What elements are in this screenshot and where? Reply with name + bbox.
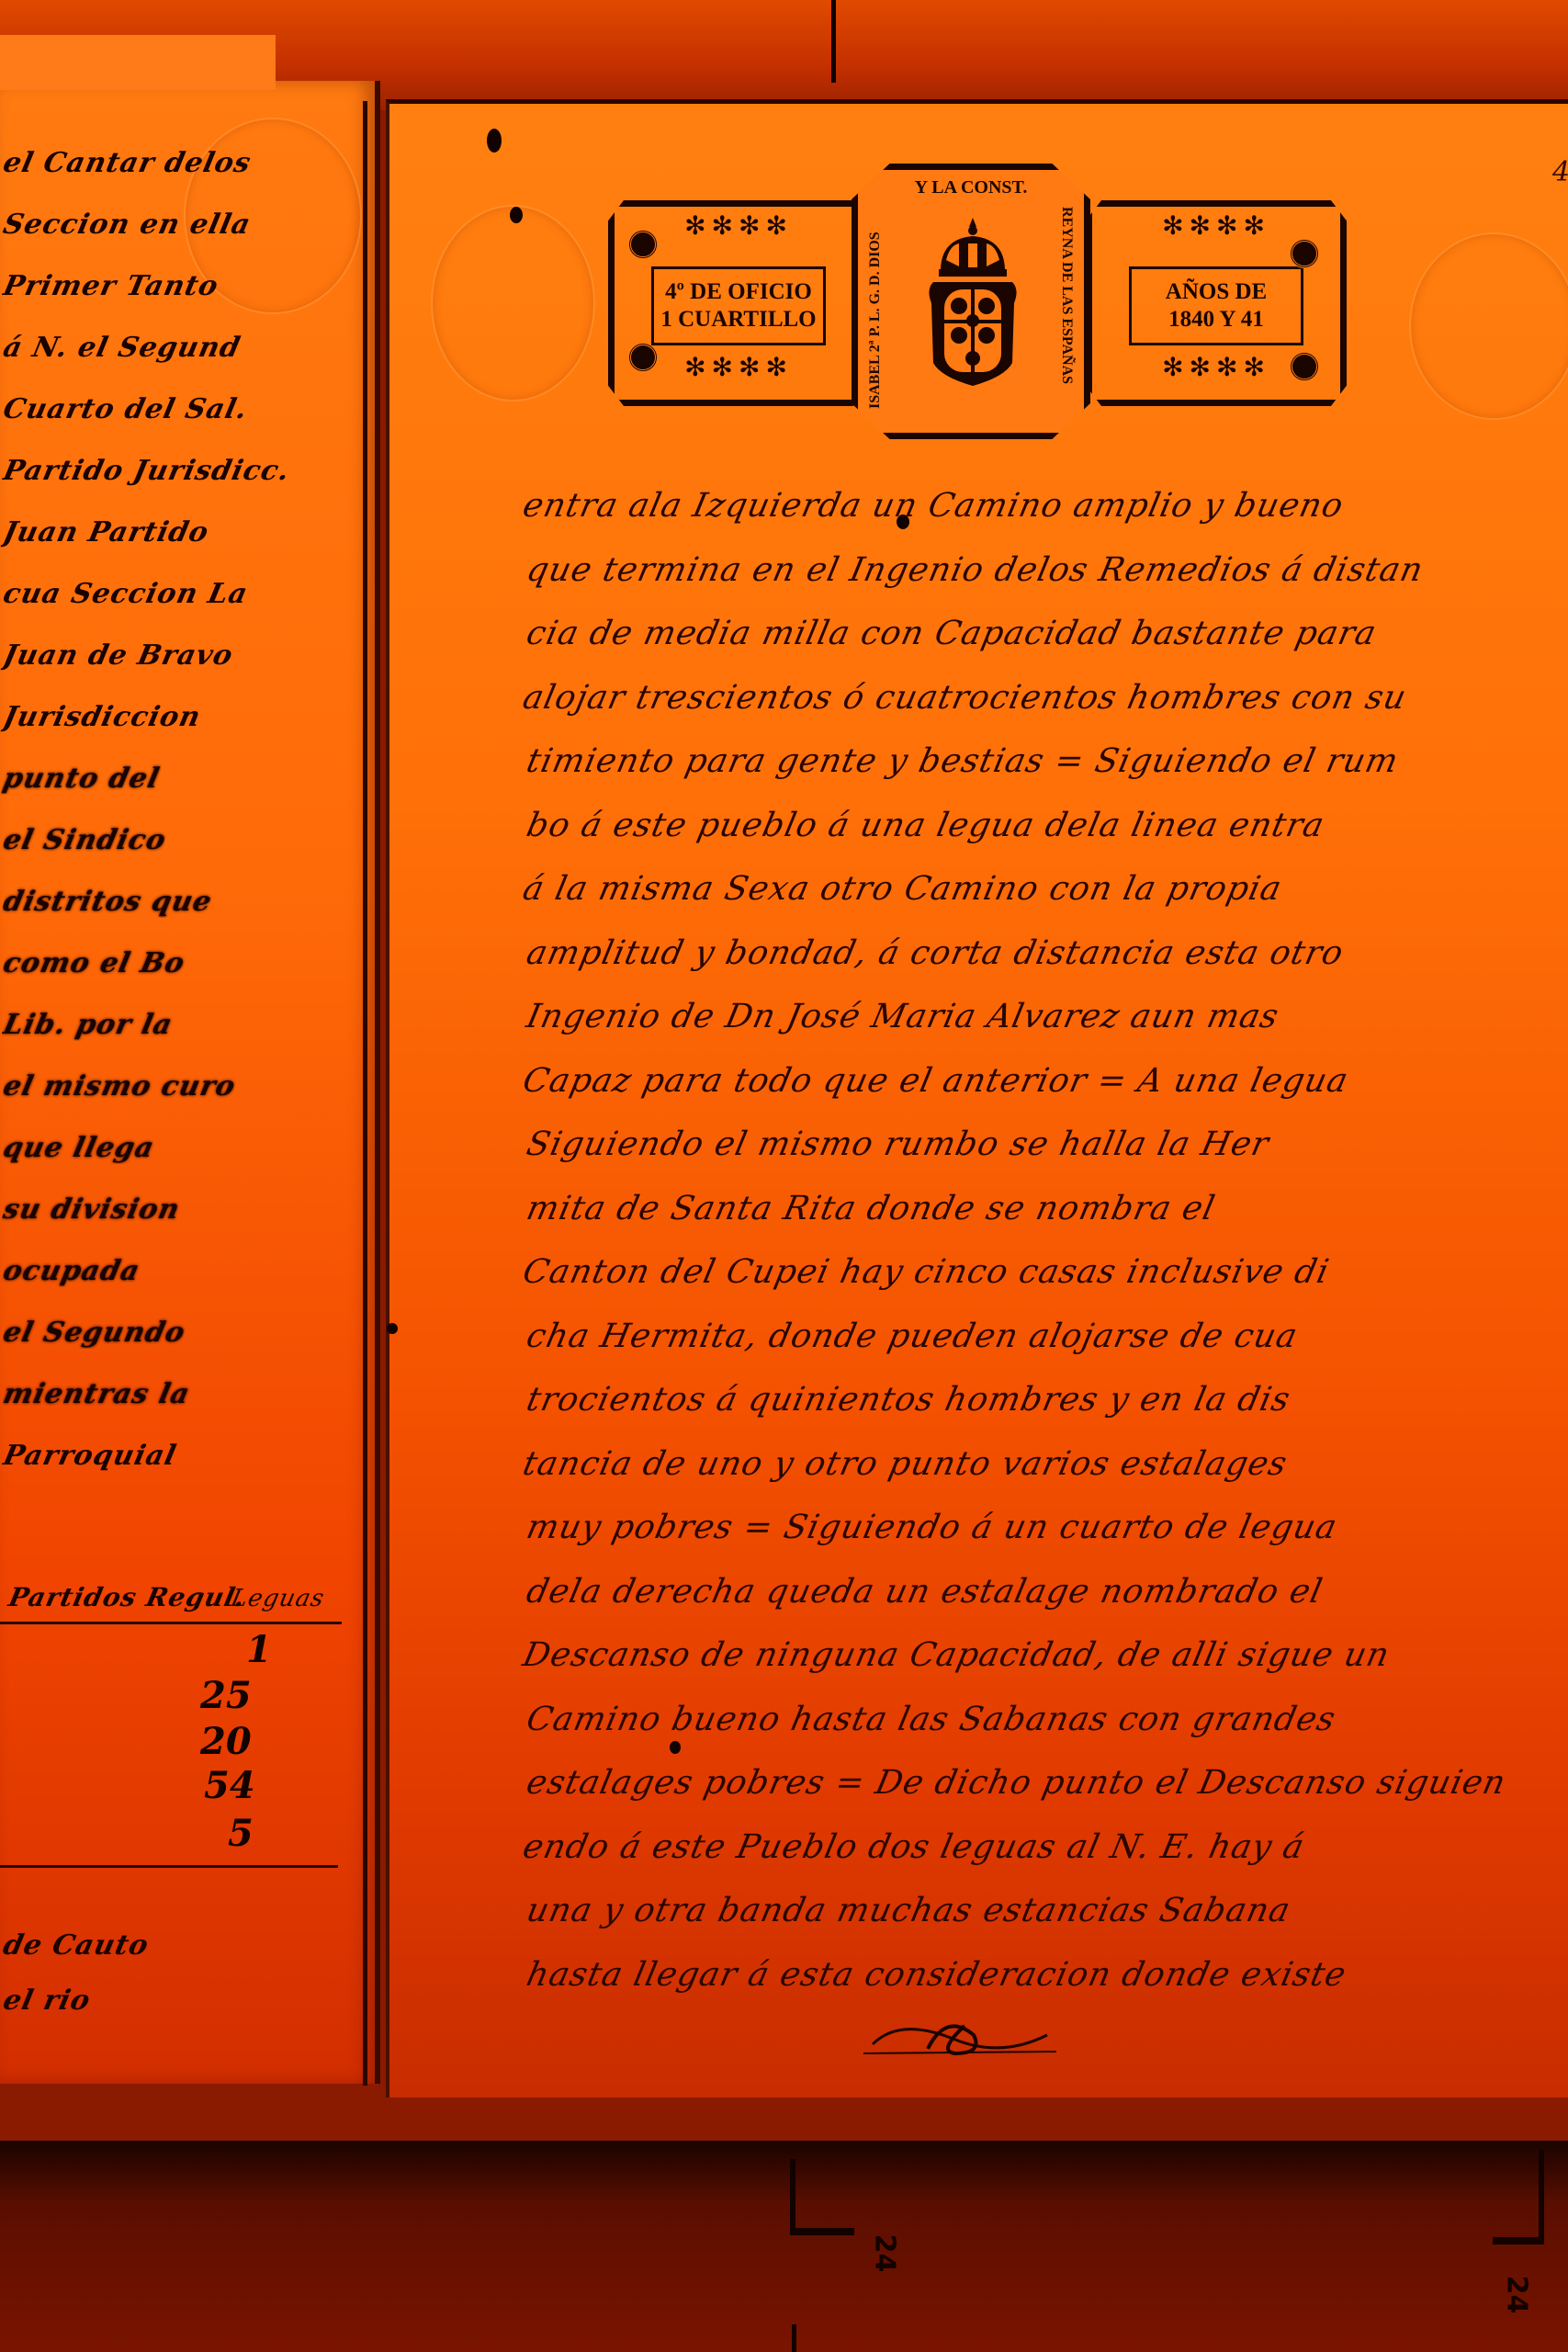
ruler-label-right: 24: [1500, 2276, 1532, 2314]
manuscript-line-left: como el Bo: [0, 947, 187, 979]
stamp-rosette-icon: [1290, 352, 1319, 381]
manuscript-line-left: el mismo curo: [0, 1070, 239, 1102]
stamp-rosette-icon: [628, 343, 658, 372]
table-footer-rule: [0, 1865, 338, 1868]
manuscript-line-left: cua Seccion La: [0, 578, 251, 610]
ruler-label-left: 24: [868, 2234, 900, 2273]
manuscript-line-left: ocupada: [0, 1255, 142, 1287]
manuscript-line: á la misma Sexa otro Camino con la propi…: [520, 870, 1286, 908]
manuscript-line-left: Juan de Bravo: [0, 639, 236, 672]
manuscript-line-left: su division: [0, 1193, 183, 1226]
manuscript-line: Capaz para todo que el anterior = A una …: [520, 1062, 1352, 1100]
ruler-tick-bottom: [792, 2324, 796, 2352]
table-value-4: 54: [204, 1764, 255, 1807]
manuscript-line-left: á N. el Segund: [0, 332, 243, 364]
manuscript-line: Descanso de ninguna Capacidad, de alli s…: [520, 1636, 1393, 1674]
manuscript-line: Siguiendo el mismo rumbo se halla la Her: [524, 1125, 1273, 1163]
manuscript-line-left: el rio: [0, 1984, 94, 2017]
manuscript-line: una y otra banda muchas estancias Sabana: [524, 1892, 1294, 1929]
manuscript-line-left: Juan Partido: [0, 516, 211, 548]
stamp-right-line-1: AÑOS DE: [1166, 278, 1267, 306]
royal-coat-of-arms-icon: [922, 216, 1023, 390]
ink-spot: [897, 514, 909, 529]
manuscript-line-left: Jurisdiccion: [0, 701, 204, 733]
folio-number: 4: [1552, 156, 1568, 188]
table-value-5: 5: [228, 1812, 254, 1855]
stamp-right-label: AÑOS DE 1840 Y 41: [1129, 266, 1303, 345]
stamp-flower-border-top: ✻✻✻✻: [633, 212, 844, 240]
embossed-seal-right: [1409, 232, 1568, 420]
manuscript-line-left: punto del: [0, 763, 163, 795]
table-value-1: 1: [246, 1628, 272, 1671]
manuscript-line: Ingenio de Dn José Maria Alvarez aun mas: [524, 998, 1282, 1035]
stamp-left-vertical-text: ISABEL 2ª P. L. G. D. DIOS: [867, 207, 884, 409]
stamp-left-line-1: 4º DE OFICIO: [665, 278, 812, 306]
stamp-rosette-icon: [1290, 239, 1319, 268]
manuscript-line-left: que llega: [0, 1132, 157, 1164]
table-value-2: 25: [200, 1674, 252, 1717]
manuscript-line: tancia de uno y otro punto varios estala…: [520, 1445, 1292, 1483]
table-col-label: Partidos Regul.: [6, 1582, 248, 1612]
manuscript-line: endo á este Pueblo dos leguas al N. E. h…: [520, 1828, 1308, 1866]
manuscript-line-left: el Cantar delos: [0, 147, 254, 179]
manuscript-line: Canton del Cupei hay cinco casas inclusi…: [520, 1253, 1333, 1291]
manuscript-line-left: distritos que: [0, 886, 215, 918]
ink-spot: [510, 207, 523, 223]
manuscript-line: cia de media milla con Capacidad bastant…: [524, 615, 1381, 652]
table-header-leguas: Leguas: [229, 1585, 327, 1612]
page-fold-line: [363, 101, 367, 2086]
ink-spot: [387, 1323, 398, 1334]
scanner-background-bottom: [0, 2141, 1568, 2352]
manuscript-line: muy pobres = Siguiendo á un cuarto de le…: [524, 1509, 1341, 1546]
ruler-bracket-right: [1493, 2237, 1544, 2245]
manuscript-line: trocientos á quinientos hombres y en la …: [524, 1381, 1294, 1419]
manuscript-line: Camino bueno hasta las Sabanas con grand…: [524, 1701, 1339, 1738]
manuscript-line-left: Lib. por la: [0, 1009, 175, 1041]
manuscript-line: cha Hermita, donde pueden alojarse de cu…: [524, 1317, 1302, 1355]
stamp-left-label: 4º DE OFICIO 1 CUARTILLO: [651, 266, 826, 345]
manuscript-line: alojar trescientos ó cuatrocientos hombr…: [520, 679, 1410, 717]
manuscript-line: dela derecha queda un estalage nombrado …: [524, 1573, 1326, 1611]
manuscript-line: bo á este pueblo á una legua dela linea …: [524, 807, 1328, 844]
ruler-tick-top: [831, 0, 836, 83]
stamp-rosette-icon: [628, 230, 658, 259]
ruler-bracket-right: [1539, 2150, 1544, 2242]
stamp-center-top-text: Y LA CONST.: [858, 177, 1084, 198]
manuscript-line: que termina en el Ingenio delos Remedios…: [524, 551, 1427, 589]
manuscript-line-left: Cuarto del Sal.: [0, 393, 251, 425]
manuscript-line-left: de Cauto: [0, 1929, 152, 1962]
stamped-paper-seal: ✻✻✻✻ 4º DE OFICIO 1 CUARTILLO ✻✻✻✻ ✻✻✻✻ …: [608, 164, 1334, 439]
stamp-flower-border-bottom: ✻✻✻✻: [633, 354, 844, 381]
ink-spot: [670, 1741, 681, 1754]
stamp-flower-border-top: ✻✻✻✻: [1111, 212, 1322, 240]
table-header-rule: [0, 1622, 342, 1624]
manuscript-line: timiento para gente y bestias = Siguiend…: [524, 742, 1403, 780]
manuscript-line: amplitud y bondad, á corta distancia est…: [524, 934, 1348, 972]
manuscript-line: mita de Santa Rita donde se nombra el: [524, 1190, 1219, 1227]
ruler-bracket-left: [790, 2228, 854, 2235]
left-page-top-tab: [0, 35, 276, 90]
manuscript-line: hasta llegar á esta consideracion donde …: [524, 1956, 1350, 1994]
table-value-3: 20: [200, 1720, 252, 1763]
ink-spot: [487, 129, 502, 153]
embossed-seal-center: [431, 205, 595, 401]
ruler-bracket-left: [790, 2159, 795, 2233]
manuscript-line-left: Primer Tanto: [0, 270, 221, 302]
manuscript-line-left: el Sindico: [0, 824, 169, 856]
manuscript-line-left: el Segundo: [0, 1317, 188, 1349]
manuscript-line: estalages pobres = De dicho punto el Des…: [524, 1764, 1510, 1802]
stamp-right-vertical-text: REYNA DE LAS ESPAÑAS: [1058, 207, 1075, 409]
stamp-right-line-2: 1840 Y 41: [1168, 306, 1264, 334]
signature-rubric-icon: [863, 2007, 1066, 2072]
manuscript-line-left: Parroquial: [0, 1440, 179, 1472]
manuscript-line-left: Partido Jurisdicc.: [0, 455, 293, 487]
stamp-center-octagon: Y LA CONST. ISABEL 2ª P. L. G. D. DIOS R…: [852, 164, 1090, 439]
manuscript-line-left: Seccion en ella: [0, 209, 254, 241]
manuscript-line: entra ala Izquierda un Camino amplio y b…: [520, 487, 1348, 525]
manuscript-line-left: mientras la: [0, 1378, 193, 1410]
stamp-left-line-2: 1 CUARTILLO: [660, 306, 816, 334]
